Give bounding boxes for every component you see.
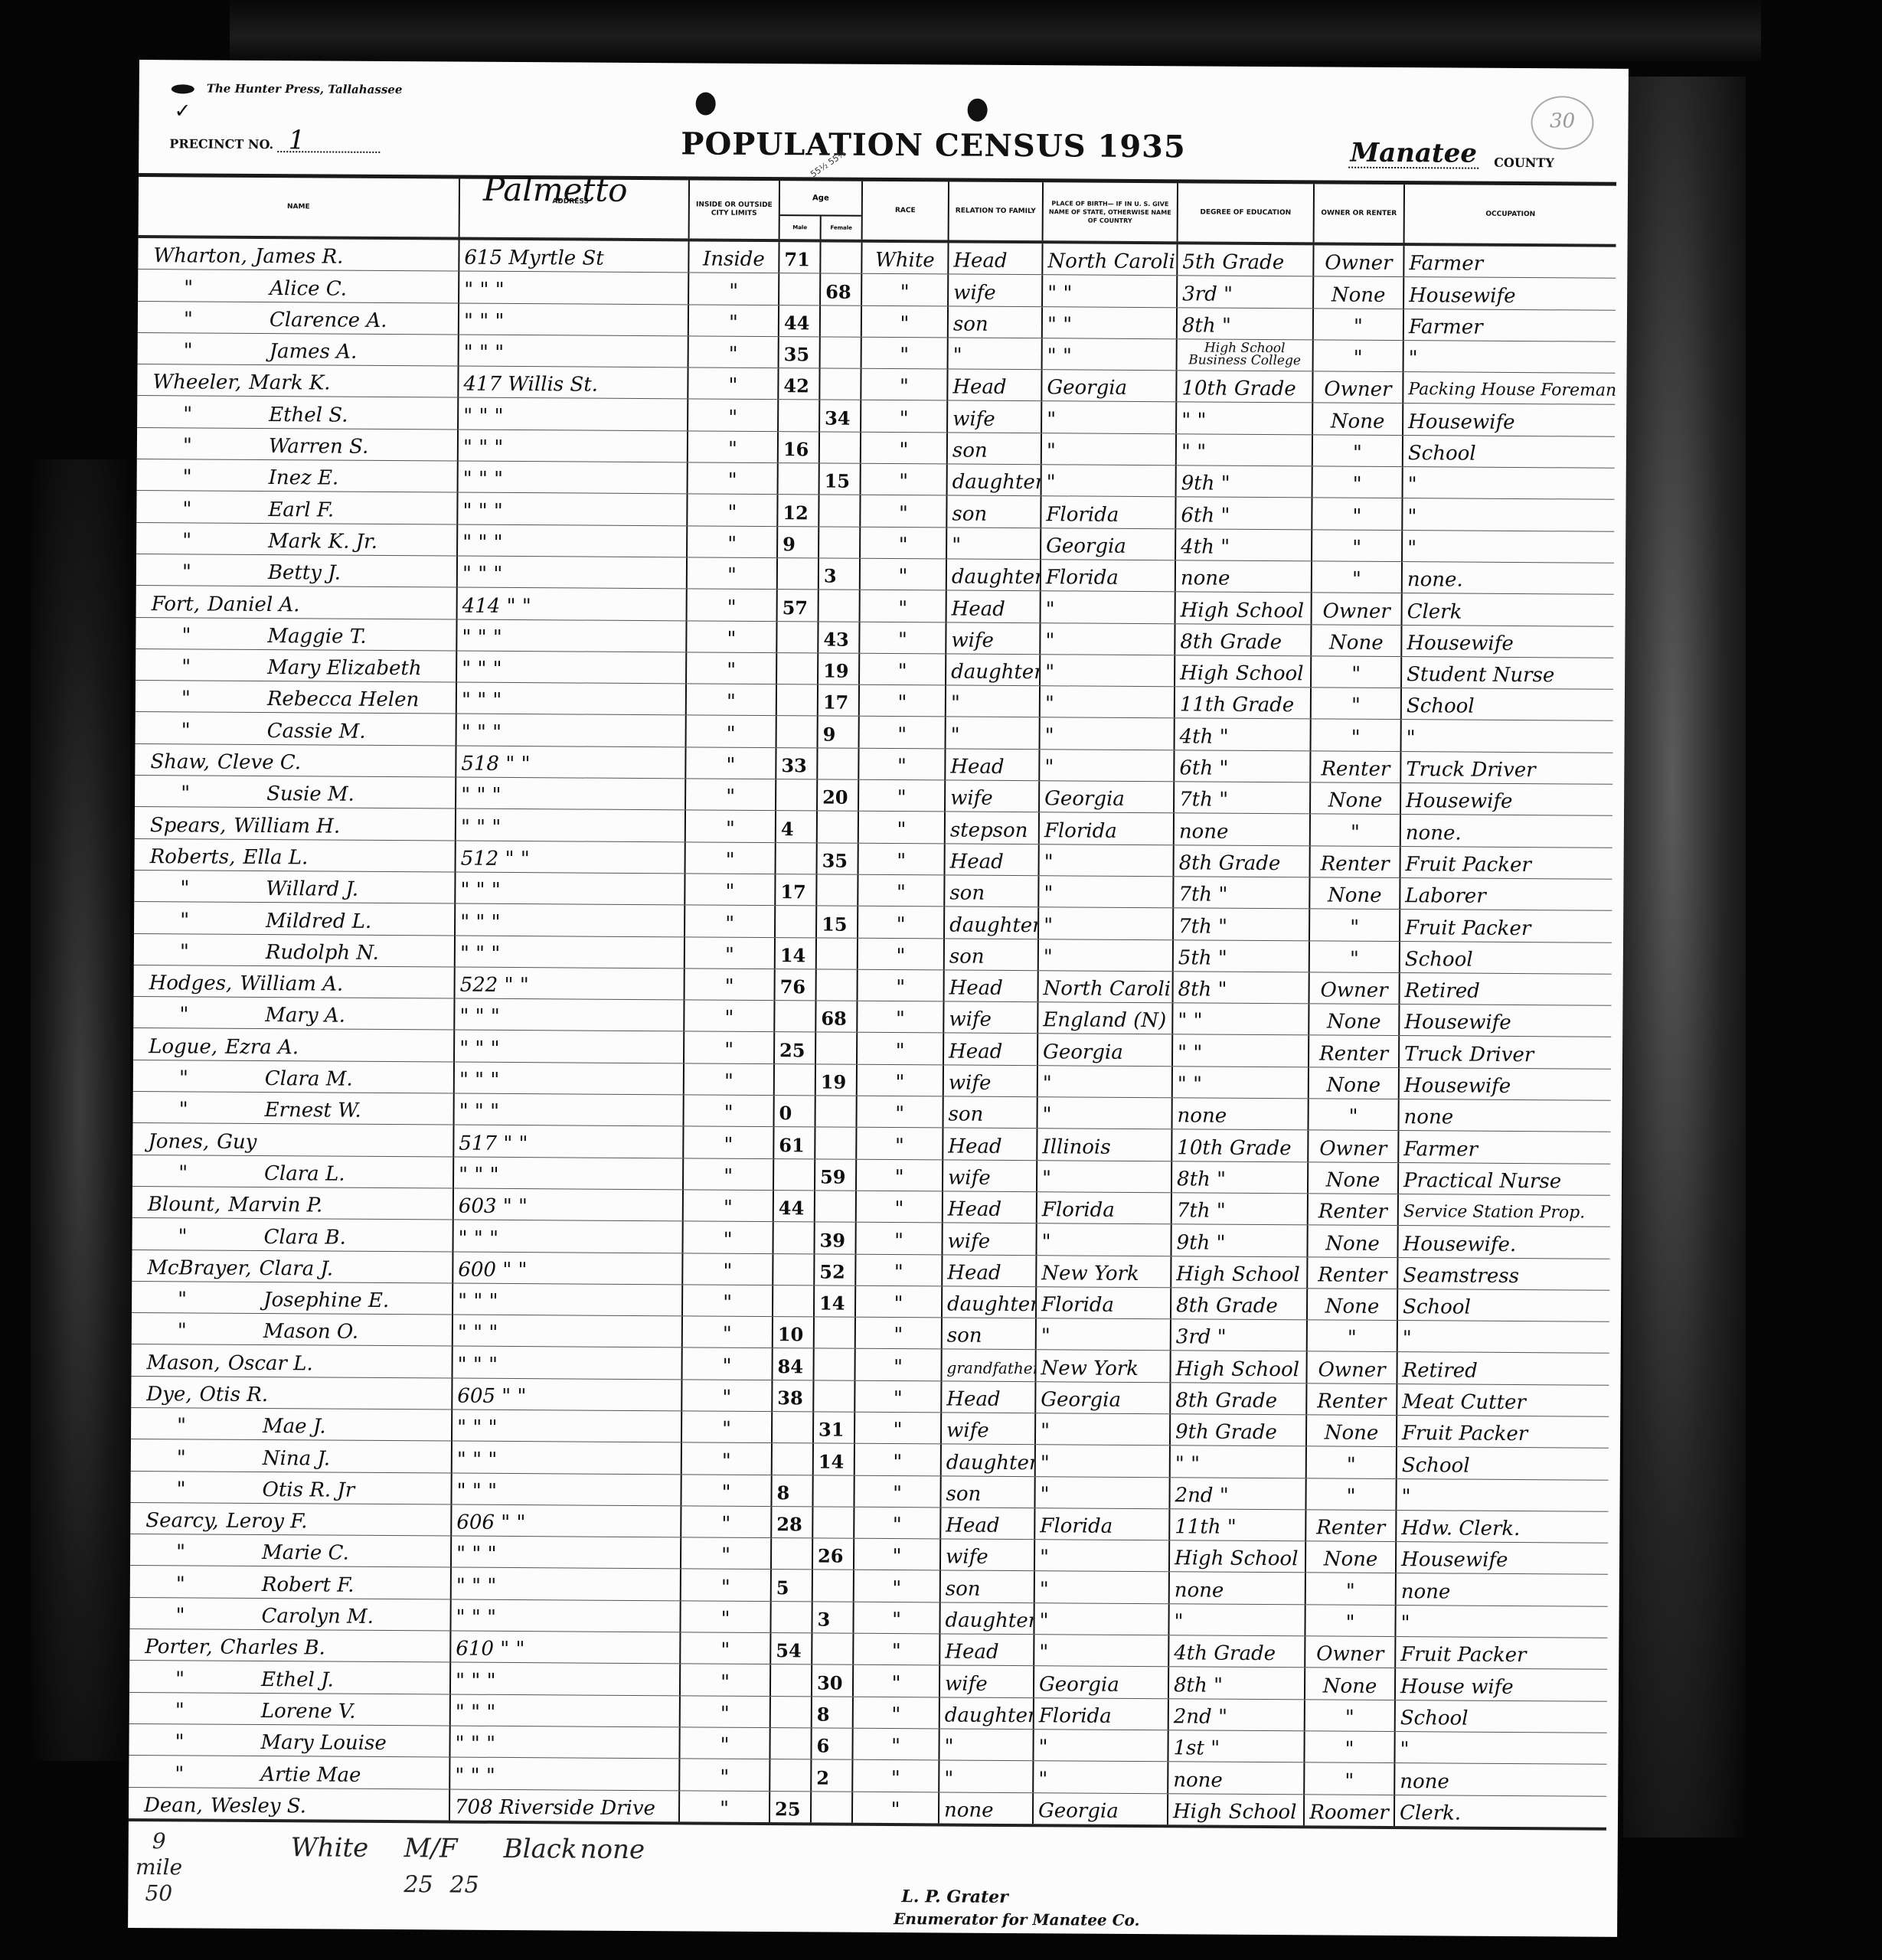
given-name: Mary Elizabeth <box>267 656 422 680</box>
cell-female: 8 <box>812 1697 854 1728</box>
cell-race: " <box>861 369 948 400</box>
cell-male: 25 <box>775 1033 816 1064</box>
cell-tenure: " <box>1313 435 1403 466</box>
surname: " <box>181 688 191 710</box>
cell-education: none <box>1168 1762 1305 1794</box>
surname: Dye, <box>146 1383 191 1406</box>
cell-tenure: Renter <box>1308 1257 1398 1289</box>
cell-relation: " <box>946 717 1041 749</box>
cell-city: " <box>681 1506 772 1537</box>
cell-name: Jones,Guy <box>132 1123 454 1156</box>
surname: " <box>178 1320 187 1343</box>
given-name: Rebecca Helen <box>267 688 420 711</box>
cell-occupation: School <box>1396 1700 1607 1733</box>
cell-occupation: Farmer <box>1399 1131 1610 1163</box>
cell-relation: son <box>948 433 1042 464</box>
cell-address: " " " <box>454 1220 684 1253</box>
given-name: Ella L. <box>243 846 308 870</box>
scan-border-top <box>230 0 1761 61</box>
cell-race: " <box>859 780 946 812</box>
cell-address: 708 Riverside Drive <box>450 1789 680 1821</box>
surname: " <box>181 782 190 805</box>
cell-female <box>815 1128 857 1159</box>
cell-relation: wife <box>944 1002 1038 1034</box>
cell-female: 15 <box>820 464 861 495</box>
given-name: Otis R. Jr <box>262 1478 355 1502</box>
cell-address: " " " <box>451 1663 681 1695</box>
cell-female <box>817 874 858 906</box>
cell-education: 2nd " <box>1169 1699 1305 1730</box>
cell-occupation: Clerk <box>1403 593 1614 626</box>
cell-occupation: Fruit Packer <box>1396 1637 1607 1669</box>
tally-black-label: Black <box>504 1834 577 1865</box>
cell-tenure: " <box>1311 815 1401 846</box>
cell-birthplace: " <box>1035 1540 1170 1571</box>
cell-race: " <box>858 1033 944 1064</box>
cell-race: " <box>853 1792 939 1823</box>
cell-occupation: Housewife <box>1400 1004 1611 1037</box>
cell-relation: wife <box>949 275 1043 306</box>
cell-relation: Head <box>946 844 1040 875</box>
cell-female <box>814 1349 855 1380</box>
cell-female: 68 <box>821 274 862 305</box>
cell-name: "Maggie T. <box>136 618 457 651</box>
surname: " <box>176 1541 185 1564</box>
cell-birthplace: " " <box>1043 307 1178 338</box>
binder-hole-icon <box>696 92 716 115</box>
cell-occupation: " <box>1398 1321 1609 1353</box>
cell-birthplace: North Carolina <box>1039 971 1174 1002</box>
cell-relation: son <box>945 875 1039 906</box>
cell-occupation: Practical Nurse <box>1399 1163 1610 1195</box>
cell-birthplace: " <box>1041 591 1176 622</box>
cell-birthplace: " <box>1042 465 1177 496</box>
surname: " <box>175 1668 185 1690</box>
cell-birthplace: " <box>1041 623 1175 655</box>
cell-tenure: " <box>1314 340 1404 371</box>
cell-birthplace: Florida <box>1040 813 1175 844</box>
surname: Searcy, <box>145 1509 218 1533</box>
cell-address: 600 " " <box>453 1252 683 1284</box>
cell-relation: Head <box>944 1034 1038 1065</box>
cell-tenure: " <box>1312 498 1403 530</box>
cell-relation: wife <box>944 1065 1038 1096</box>
county-value: Manatee <box>1348 139 1478 169</box>
cell-city: " <box>683 1316 773 1347</box>
cell-relation: Head <box>949 243 1043 274</box>
given-name: Mason O. <box>263 1320 358 1344</box>
cell-address: 615 Myrtle St <box>459 240 689 273</box>
surname: " <box>182 498 191 521</box>
cell-female: 52 <box>815 1254 856 1285</box>
cell-female: 19 <box>818 653 860 684</box>
cell-tenure: Renter <box>1306 1510 1397 1541</box>
cell-female: 31 <box>814 1412 855 1443</box>
cell-city: " <box>688 462 779 494</box>
cell-relation: son <box>949 306 1043 338</box>
given-name: Ethel S. <box>269 403 348 427</box>
cell-relation: Head <box>948 370 1042 401</box>
given-name: Clara J. <box>259 1257 333 1281</box>
cell-address: " " " <box>459 303 689 335</box>
cell-male: 33 <box>776 748 818 779</box>
cell-tenure: None <box>1309 1162 1399 1194</box>
cell-female: 17 <box>818 685 860 717</box>
cell-occupation: Retired <box>1400 973 1611 1005</box>
cell-race: " <box>854 1697 940 1728</box>
cell-female <box>821 337 862 368</box>
cell-address: 417 Willis St. <box>459 367 688 399</box>
surname: " <box>180 909 189 932</box>
col-header-birthplace: Place of Birth— If in U. S. Give Name of… <box>1044 182 1178 241</box>
cell-race: " <box>861 590 947 622</box>
cell-female <box>813 1570 854 1602</box>
cell-male <box>773 1285 815 1317</box>
cell-name: McBrayer,Clara J. <box>132 1249 453 1282</box>
surname: Mason, <box>147 1351 221 1375</box>
given-name: Daniel A. <box>207 593 300 616</box>
cell-male: 71 <box>779 242 821 273</box>
cell-city: " <box>688 526 778 557</box>
cell-birthplace: " <box>1035 1572 1170 1603</box>
cell-city: " <box>682 1348 773 1380</box>
check-mark-icon: ✓ <box>174 100 191 122</box>
cell-female: 20 <box>818 779 859 811</box>
cell-tenure: Owner <box>1305 1636 1396 1668</box>
cell-relation: " <box>946 686 1041 717</box>
cell-relation: " <box>939 1729 1034 1760</box>
cell-relation: wife <box>942 1413 1036 1444</box>
cell-education: none <box>1172 1098 1309 1129</box>
cell-city: " <box>689 336 779 367</box>
cell-city: " <box>684 1158 774 1190</box>
cell-birthplace: " <box>1035 1477 1170 1508</box>
cell-address: " " " <box>456 778 686 810</box>
cell-male <box>777 653 818 684</box>
cell-name: "Susie M. <box>135 776 456 808</box>
cell-occupation: Fruit Packer <box>1401 847 1612 879</box>
cell-female: 6 <box>812 1728 853 1759</box>
cell-education: 8th " <box>1169 1668 1305 1699</box>
cell-education: none <box>1176 560 1312 592</box>
cell-city: " <box>685 1095 775 1126</box>
page-number-stamp: 30 <box>1531 96 1593 149</box>
cell-birthplace: " <box>1040 844 1175 876</box>
cell-relation: wife <box>946 780 1040 812</box>
cell-address: " " " <box>450 1726 680 1758</box>
cell-city: " <box>680 1791 770 1822</box>
cell-tenure: Renter <box>1311 846 1401 877</box>
cell-city: " <box>685 937 776 969</box>
cell-race: " <box>858 1096 944 1128</box>
col-header-male: Male <box>780 216 822 239</box>
cell-name: "Clarence A. <box>138 302 459 335</box>
cell-education: 5th Grade <box>1178 244 1314 276</box>
cell-education: 7th " <box>1174 877 1310 908</box>
col-header-education: Degree of Education <box>1178 183 1315 242</box>
cell-tenure: " <box>1313 466 1403 498</box>
cell-occupation: School <box>1397 1447 1609 1479</box>
cell-female: 35 <box>818 843 859 874</box>
cell-tenure: None <box>1310 877 1400 909</box>
cell-address: " " " <box>457 651 687 683</box>
cell-education: " " <box>1177 434 1313 465</box>
cell-occupation: Housewife <box>1403 404 1615 436</box>
given-name: Josephine E. <box>263 1289 389 1312</box>
cell-occupation: Seamstress <box>1398 1258 1609 1290</box>
cell-birthplace: Georgia <box>1034 1793 1168 1824</box>
cell-education: 11th Grade <box>1175 687 1312 718</box>
cell-name: Dean,Wesley S. <box>129 1788 450 1821</box>
cell-name: "Mary Elizabeth <box>136 649 457 682</box>
cell-tenure: None <box>1305 1668 1396 1700</box>
cell-male: 42 <box>779 368 820 400</box>
cell-occupation: " <box>1402 720 1613 753</box>
cell-relation: Head <box>943 1255 1037 1286</box>
surname: " <box>181 656 191 679</box>
cell-race: " <box>854 1602 940 1634</box>
given-name: Lorene V. <box>261 1700 356 1723</box>
cell-male: 8 <box>772 1475 813 1507</box>
surname: " <box>182 529 191 552</box>
cell-occupation: Packing House Foreman <box>1403 372 1615 404</box>
cell-male <box>775 1064 816 1096</box>
cell-occupation: School <box>1400 942 1612 974</box>
given-name: Clara M. <box>265 1067 353 1091</box>
cell-name: "Betty J. <box>136 554 458 587</box>
cell-male <box>779 273 821 305</box>
cell-education: 4th " <box>1176 529 1312 560</box>
cell-female: 34 <box>820 400 861 432</box>
surname: " <box>183 466 192 489</box>
cell-name: "Marie C. <box>130 1534 452 1567</box>
cell-address: " " " <box>456 904 685 936</box>
cell-female: 15 <box>817 906 858 938</box>
cell-occupation: none. <box>1403 562 1614 594</box>
cell-occupation: Housewife. <box>1398 1226 1609 1258</box>
cell-address: " " " <box>459 398 688 430</box>
cell-address: 605 " " <box>453 1378 682 1410</box>
given-name: Susie M. <box>266 782 355 806</box>
cell-male <box>774 1159 815 1191</box>
surname: " <box>175 1604 185 1627</box>
cell-birthplace: Georgia <box>1041 528 1176 560</box>
cell-education: 9th " <box>1177 465 1313 497</box>
cell-relation: daughter <box>946 654 1041 685</box>
cell-female <box>817 969 858 1001</box>
cell-address: 518 " " <box>456 746 686 778</box>
cell-city: " <box>684 1190 774 1221</box>
given-name: Mary A. <box>265 1004 345 1027</box>
cell-education: 8th " <box>1174 972 1310 1003</box>
cell-city: " <box>688 590 778 621</box>
given-name: Earl F. <box>268 498 334 522</box>
cell-name: Dye,Otis R. <box>131 1377 453 1410</box>
cell-relation: wife <box>940 1666 1034 1697</box>
cell-education: High School Business College <box>1178 339 1314 371</box>
cell-female <box>813 1475 854 1507</box>
cell-birthplace: England (N) <box>1038 1002 1173 1034</box>
cell-education: 10th Grade <box>1177 371 1313 402</box>
surname: " <box>178 1161 188 1184</box>
cell-name: "Clara M. <box>133 1060 455 1093</box>
cell-birthplace: Florida <box>1034 1698 1169 1730</box>
cell-male <box>771 1664 812 1696</box>
cell-education: 9th Grade <box>1171 1414 1307 1445</box>
cell-birthplace: " <box>1036 1413 1171 1445</box>
cell-name: Shaw,Cleve C. <box>135 744 456 777</box>
cell-birthplace: " <box>1042 433 1177 465</box>
cell-education: " " <box>1173 1035 1309 1067</box>
given-name: Ernest W. <box>264 1099 361 1122</box>
surname: Roberts, <box>150 845 236 869</box>
cell-address: " " " <box>452 1537 681 1569</box>
cell-tenure: Owner <box>1309 972 1400 1004</box>
cell-female: 3 <box>812 1602 854 1633</box>
cell-female: 19 <box>816 1064 858 1096</box>
given-name: Inez E. <box>269 466 339 490</box>
given-name: James R. <box>255 245 344 269</box>
surname: " <box>177 1415 186 1438</box>
cell-tenure: None <box>1308 1226 1398 1257</box>
cell-education: High School <box>1171 1256 1308 1288</box>
cell-female <box>820 369 861 400</box>
cell-birthplace: " <box>1039 939 1174 971</box>
surname: " <box>180 940 189 963</box>
cell-birthplace: " <box>1040 750 1175 781</box>
given-name: Wesley S. <box>211 1794 306 1818</box>
cell-occupation: Fruit Packer <box>1400 910 1612 942</box>
cell-name: Wheeler,Mark K. <box>137 364 459 397</box>
cell-tenure: " <box>1305 1731 1395 1762</box>
surname: " <box>178 1225 188 1248</box>
cell-occupation: Truck Driver <box>1400 1037 1611 1069</box>
cell-female <box>817 938 858 969</box>
col-header-address: Palmetto Address <box>460 179 690 239</box>
col-header-tenure: Owner or Renter <box>1315 184 1405 243</box>
cell-city: " <box>684 1127 774 1158</box>
cell-name: "Clara B. <box>132 1218 454 1251</box>
binder-hole-icon <box>968 99 988 122</box>
cell-relation: daughter <box>940 1602 1034 1634</box>
cell-birthplace: Florida <box>1037 1287 1171 1318</box>
cell-tenure: Renter <box>1309 1036 1400 1067</box>
cell-male <box>772 1538 813 1570</box>
col-header-name: Name <box>139 177 460 237</box>
cell-race: " <box>858 1001 944 1033</box>
cell-female: 30 <box>812 1665 854 1697</box>
given-name: Ezra A. <box>225 1035 299 1059</box>
cell-education: High School <box>1168 1794 1305 1825</box>
cell-relation: " <box>939 1761 1034 1792</box>
cell-occupation: School <box>1403 436 1615 468</box>
cell-address: " " " <box>454 1157 684 1189</box>
cell-city: " <box>686 842 776 874</box>
cell-address: " " " <box>455 1031 685 1063</box>
cell-city: " <box>688 557 778 589</box>
col-header-occupation: Occupation <box>1405 185 1616 244</box>
union-label-icon <box>172 84 194 93</box>
cell-name: "Earl F. <box>136 491 458 524</box>
cell-city: " <box>682 1411 773 1442</box>
cell-address: " " " <box>458 493 688 525</box>
cell-name: "Ethel S. <box>137 396 459 429</box>
cell-male: 54 <box>771 1633 812 1664</box>
cell-race: " <box>861 527 947 558</box>
cell-name: "Josephine E. <box>132 1282 453 1315</box>
cell-race: " <box>858 1064 944 1096</box>
surname: Porter, <box>145 1635 212 1659</box>
surname: Dean, <box>144 1794 203 1817</box>
table-header: Name Palmetto Address Inside or Outside … <box>139 177 1616 247</box>
cell-race: " <box>854 1508 941 1539</box>
surname: " <box>177 1446 186 1469</box>
cell-race: " <box>856 1318 943 1349</box>
cell-tenure: " <box>1305 1605 1396 1636</box>
cell-city: " <box>685 1001 775 1032</box>
cell-relation: Head <box>943 1191 1037 1223</box>
cell-female: 39 <box>815 1223 856 1254</box>
cell-name: "Clara L. <box>132 1155 454 1188</box>
cell-education: High School <box>1171 1351 1307 1383</box>
cell-city: " <box>680 1759 770 1791</box>
cell-occupation: none <box>1395 1763 1606 1795</box>
cell-female <box>812 1633 854 1664</box>
cell-address: " " " <box>459 430 688 462</box>
cell-tenure: " <box>1312 656 1402 688</box>
cell-tenure: " <box>1314 309 1404 340</box>
cell-female <box>821 305 862 337</box>
cell-city: " <box>681 1475 772 1506</box>
cell-address: " " " <box>459 335 689 367</box>
cell-name: "James A. <box>138 333 459 366</box>
cell-name: Wharton,James R. <box>138 238 459 271</box>
cell-name: "Mary Louise <box>129 1724 450 1757</box>
cell-birthplace: " <box>1034 1635 1169 1666</box>
cell-female: 26 <box>813 1539 854 1570</box>
cell-race: " <box>862 338 949 369</box>
cell-occupation: " <box>1404 341 1616 373</box>
page-title: POPULATION CENSUS 1935 <box>681 126 1186 165</box>
cell-birthplace: Georgia <box>1038 1034 1173 1066</box>
cell-name: "Mason O. <box>132 1313 453 1346</box>
cell-address: " " " <box>458 524 688 557</box>
cell-male: 35 <box>779 337 821 368</box>
cell-occupation: Farmer <box>1404 246 1616 278</box>
tally-male-total: 25 <box>404 1871 433 1898</box>
cell-tenure: " <box>1305 1763 1395 1795</box>
given-name: Maggie T. <box>267 625 366 648</box>
given-name: Warren S. <box>269 435 369 459</box>
cell-city: " <box>689 305 779 336</box>
cell-birthplace: " " <box>1043 276 1178 307</box>
given-name: James A. <box>270 340 358 364</box>
cell-name: "Robert F. <box>130 1566 452 1599</box>
surname: Wheeler, <box>152 371 241 395</box>
cell-race: " <box>855 1349 942 1380</box>
cell-city: " <box>687 652 777 684</box>
cell-occupation: House wife <box>1396 1668 1607 1700</box>
census-sheet: The Hunter Press, Tallahassee ✓ PRECINCT… <box>128 60 1629 1937</box>
cell-city: " <box>681 1632 771 1664</box>
col-header-age: Age Male Female <box>780 181 863 240</box>
cell-birthplace: Georgia <box>1036 1382 1171 1413</box>
cell-city: " <box>688 495 778 526</box>
cell-education: 8th Grade <box>1175 845 1311 877</box>
cell-tenure: None <box>1309 1004 1400 1035</box>
cell-relation: wife <box>946 622 1041 654</box>
cell-male <box>776 779 818 811</box>
